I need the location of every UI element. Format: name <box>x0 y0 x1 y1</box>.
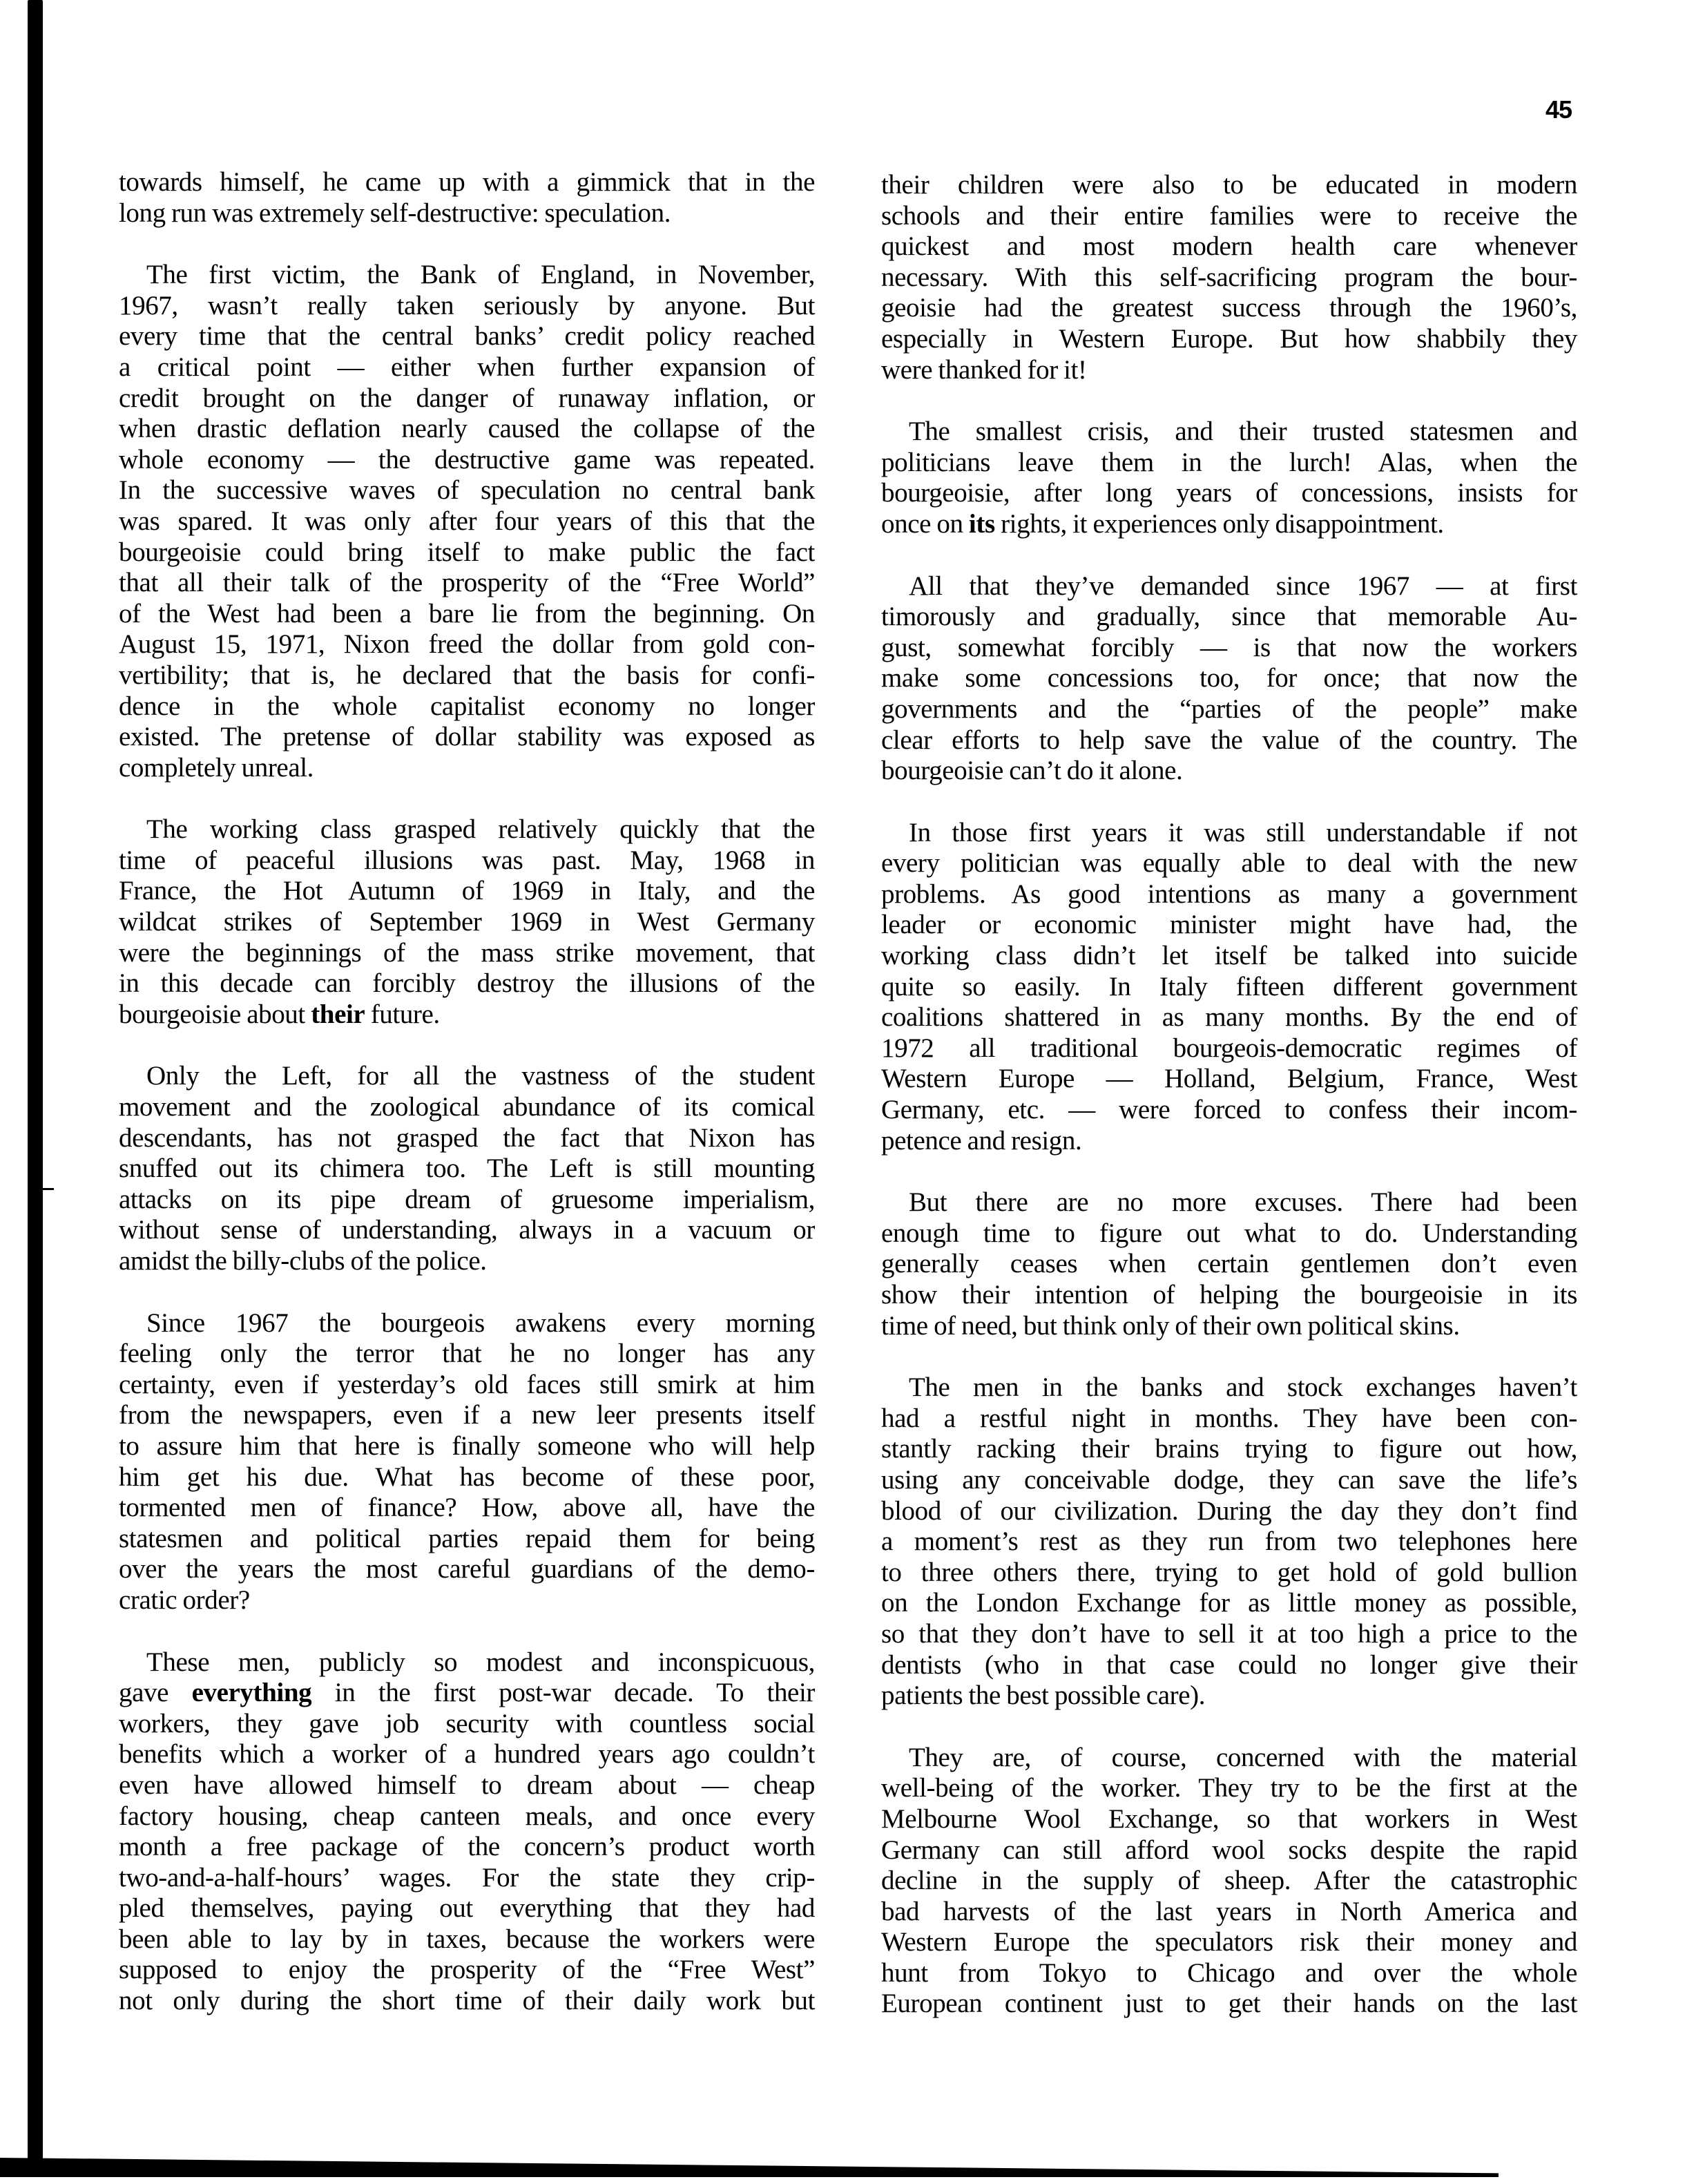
text-line: quite so easily. In Italy fifteen differ… <box>881 972 1577 1003</box>
text-line: governments and the “parties of the peop… <box>881 694 1577 725</box>
text-line: bourgeoisie can’t do it alone. <box>881 756 1577 787</box>
text-line: attacks on its pipe dream of gruesome im… <box>119 1185 815 1216</box>
text-line: so that they don’t have to sell it at to… <box>881 1619 1577 1650</box>
text-line: not only during the short time of their … <box>119 1986 815 2017</box>
text-line: hunt from Tokyo to Chicago and over the … <box>881 1958 1577 1989</box>
scan-binding-edge <box>28 0 43 2162</box>
text-line: working class didn’t let itself be talke… <box>881 941 1577 972</box>
text-line: Germany, etc. — were forced to confess t… <box>881 1095 1577 1126</box>
emphasis-text: their <box>311 999 365 1029</box>
text-line: Germany can still afford wool socks desp… <box>881 1835 1577 1866</box>
text-line: workers, they gave job security with cou… <box>119 1709 815 1740</box>
paragraph: towards himself, he came up with a gimmi… <box>119 167 815 229</box>
text-line: credit brought on the danger of runaway … <box>119 383 815 414</box>
text-line: petence and resign. <box>881 1126 1577 1157</box>
text-line: decline in the supply of sheep. After th… <box>881 1866 1577 1897</box>
paragraph: Only the Left, for all the vastness of t… <box>119 1061 815 1276</box>
scan-bottom-edge <box>0 2158 1499 2177</box>
text-line: geoisie had the greatest success through… <box>881 293 1577 324</box>
paragraph: Since 1967 the bourgeois awakens every m… <box>119 1308 815 1616</box>
text-line: tormented men of finance? How, above all… <box>119 1493 815 1524</box>
text-line: month a free package of the concern’s pr… <box>119 1832 815 1863</box>
text-line: their children were also to be educated … <box>881 170 1577 201</box>
paragraph: All that they’ve demanded since 1967 — a… <box>881 571 1577 787</box>
paragraph: In those first years it was still unders… <box>881 818 1577 1157</box>
text-line: enough time to figure out what to do. Un… <box>881 1218 1577 1249</box>
emphasis-text: its <box>969 509 995 539</box>
text-line: dentists (who in that case could no long… <box>881 1650 1577 1681</box>
text-line: descendants, has not grasped the fact th… <box>119 1123 815 1154</box>
text-line: well-being of the worker. They try to be… <box>881 1773 1577 1804</box>
text-line: was spared. It was only after four years… <box>119 506 815 537</box>
text-line: stantly racking their brains trying to f… <box>881 1434 1577 1465</box>
text-line: using any conceivable dodge, they can sa… <box>881 1465 1577 1496</box>
text-line: politicians leave them in the lurch! Ala… <box>881 448 1577 479</box>
text-line: cratic order? <box>119 1585 815 1616</box>
text-line: supposed to enjoy the prosperity of the … <box>119 1955 815 1986</box>
text-line: every politician was equally able to dea… <box>881 848 1577 879</box>
text-line: In the successive waves of speculation n… <box>119 475 815 506</box>
right-column: their children were also to be educated … <box>881 170 1577 2051</box>
text-line: leader or economic minister might have h… <box>881 910 1577 941</box>
text-line: that all their talk of the prosperity of… <box>119 568 815 599</box>
text-line: were the beginnings of the mass strike m… <box>119 938 815 969</box>
text-line: certainty, even if yesterday’s old faces… <box>119 1370 815 1401</box>
text-line: feeling only the terror that he no longe… <box>119 1339 815 1370</box>
text-line: a moment’s rest as they run from two tel… <box>881 1526 1577 1558</box>
text-line: These men, publicly so modest and incons… <box>119 1647 815 1678</box>
text-line: European continent just to get their han… <box>881 1989 1577 2020</box>
text-line: show their intention of helping the bour… <box>881 1280 1577 1311</box>
left-column: towards himself, he came up with a gimmi… <box>119 167 815 2048</box>
text-line: snuffed out its chimera too. The Left is… <box>119 1153 815 1185</box>
text-line: in this decade can forcibly destroy the … <box>119 968 815 999</box>
paragraph: The working class grasped relatively qui… <box>119 814 815 1030</box>
text-line: every time that the central banks’ credi… <box>119 321 815 352</box>
text-line: had a restful night in months. They have… <box>881 1404 1577 1435</box>
text-line: Western Europe — Holland, Belgium, Franc… <box>881 1064 1577 1095</box>
paragraph: The smallest crisis, and their trusted s… <box>881 416 1577 539</box>
text-line: gust, somewhat forcibly — is that now th… <box>881 633 1577 664</box>
text-line: The smallest crisis, and their trusted s… <box>881 416 1577 448</box>
text-line: problems. As good intentions as many a g… <box>881 879 1577 910</box>
text-line: from the newspapers, even if a new leer … <box>119 1400 815 1431</box>
text-line: All that they’ve demanded since 1967 — a… <box>881 571 1577 602</box>
text-line: In those first years it was still unders… <box>881 818 1577 849</box>
text-line: time of need, but think only of their ow… <box>881 1311 1577 1342</box>
text-line: quickest and most modern health care whe… <box>881 231 1577 262</box>
text-line: to three others there, trying to get hol… <box>881 1558 1577 1589</box>
paragraph: their children were also to be educated … <box>881 170 1577 385</box>
text-line: benefits which a worker of a hundred yea… <box>119 1739 815 1770</box>
text-line: schools and their entire families were t… <box>881 201 1577 232</box>
text-line: been able to lay by in taxes, because th… <box>119 1924 815 1955</box>
text-line: clear efforts to help save the value of … <box>881 725 1577 756</box>
text-line: The first victim, the Bank of England, i… <box>119 260 815 291</box>
text-line: The working class grasped relatively qui… <box>119 814 815 845</box>
text-line: when drastic deflation nearly caused the… <box>119 414 815 445</box>
text-line: pled themselves, paying out everything t… <box>119 1893 815 1924</box>
paragraph: The men in the banks and stock exchanges… <box>881 1372 1577 1712</box>
text-line: of the West had been a bare lie from the… <box>119 599 815 630</box>
text-line: France, the Hot Autumn of 1969 in Italy,… <box>119 876 815 907</box>
paragraph: They are, of course, concerned with the … <box>881 1743 1577 2020</box>
emphasis-text: everything <box>192 1678 312 1707</box>
text-line: blood of our civilization. During the da… <box>881 1496 1577 1527</box>
text-line: 1972 all traditional bourgeois-democrati… <box>881 1033 1577 1064</box>
text-line: statesmen and political parties repaid t… <box>119 1524 815 1555</box>
text-line: even have allowed himself to dream about… <box>119 1770 815 1801</box>
text-line: towards himself, he came up with a gimmi… <box>119 167 815 198</box>
page-number: 45 <box>1545 95 1572 124</box>
text-line: Melbourne Wool Exchange, so that workers… <box>881 1804 1577 1835</box>
text-line: once on its rights, it experiences only … <box>881 509 1577 540</box>
text-line: a critical point — either when further e… <box>119 352 815 383</box>
text-line: whole economy — the destructive game was… <box>119 445 815 476</box>
text-line: Western Europe the speculators risk thei… <box>881 1927 1577 1958</box>
text-line: bourgeoisie could bring itself to make p… <box>119 537 815 568</box>
paragraph: The first victim, the Bank of England, i… <box>119 260 815 783</box>
text-line: timorously and gradually, since that mem… <box>881 602 1577 633</box>
text-line: were thanked for it! <box>881 355 1577 386</box>
text-line: Only the Left, for all the vastness of t… <box>119 1061 815 1092</box>
paragraph: These men, publicly so modest and incons… <box>119 1647 815 2017</box>
text-line: patients the best possible care). <box>881 1680 1577 1712</box>
paragraph: But there are no more excuses. There had… <box>881 1187 1577 1341</box>
text-line: over the years the most careful guardian… <box>119 1554 815 1585</box>
text-line: bad harvests of the last years in North … <box>881 1897 1577 1928</box>
text-line: dence in the whole capitalist economy no… <box>119 691 815 722</box>
text-line: without sense of understanding, always i… <box>119 1215 815 1246</box>
text-line: make some concessions too, for once; tha… <box>881 663 1577 694</box>
text-line: bourgeoisie, after long years of concess… <box>881 478 1577 509</box>
text-line: generally ceases when certain gentlemen … <box>881 1249 1577 1280</box>
text-line: two-and-a-half-hours’ wages. For the sta… <box>119 1863 815 1894</box>
text-line: bourgeoisie about their future. <box>119 999 815 1031</box>
text-line: on the London Exchange for as little mon… <box>881 1588 1577 1619</box>
text-line: Since 1967 the bourgeois awakens every m… <box>119 1308 815 1339</box>
text-line: especially in Western Europe. But how sh… <box>881 324 1577 355</box>
text-line: 1967, wasn’t really taken seriously by a… <box>119 291 815 322</box>
text-line: him get his due. What has become of thes… <box>119 1462 815 1493</box>
text-line: But there are no more excuses. There had… <box>881 1187 1577 1218</box>
text-line: completely unreal. <box>119 753 815 784</box>
text-line: vertibility; that is, he declared that t… <box>119 660 815 691</box>
text-line: necessary. With this self-sacrificing pr… <box>881 262 1577 294</box>
text-line: The men in the banks and stock exchanges… <box>881 1372 1577 1404</box>
text-line: amidst the billy-clubs of the police. <box>119 1246 815 1277</box>
text-line: to assure him that here is finally someo… <box>119 1431 815 1462</box>
text-line: coalitions shattered in as many months. … <box>881 1002 1577 1033</box>
text-line: long run was extremely self-destructive:… <box>119 198 815 229</box>
text-line: existed. The pretense of dollar stabilit… <box>119 722 815 753</box>
text-line: time of peaceful illusions was past. May… <box>119 845 815 877</box>
text-line: They are, of course, concerned with the … <box>881 1743 1577 1774</box>
text-line: gave everything in the first post-war de… <box>119 1678 815 1709</box>
text-line: movement and the zoological abundance of… <box>119 1092 815 1123</box>
text-line: factory housing, cheap canteen meals, an… <box>119 1801 815 1832</box>
text-line: wildcat strikes of September 1969 in Wes… <box>119 907 815 938</box>
text-line: August 15, 1971, Nixon freed the dollar … <box>119 629 815 660</box>
